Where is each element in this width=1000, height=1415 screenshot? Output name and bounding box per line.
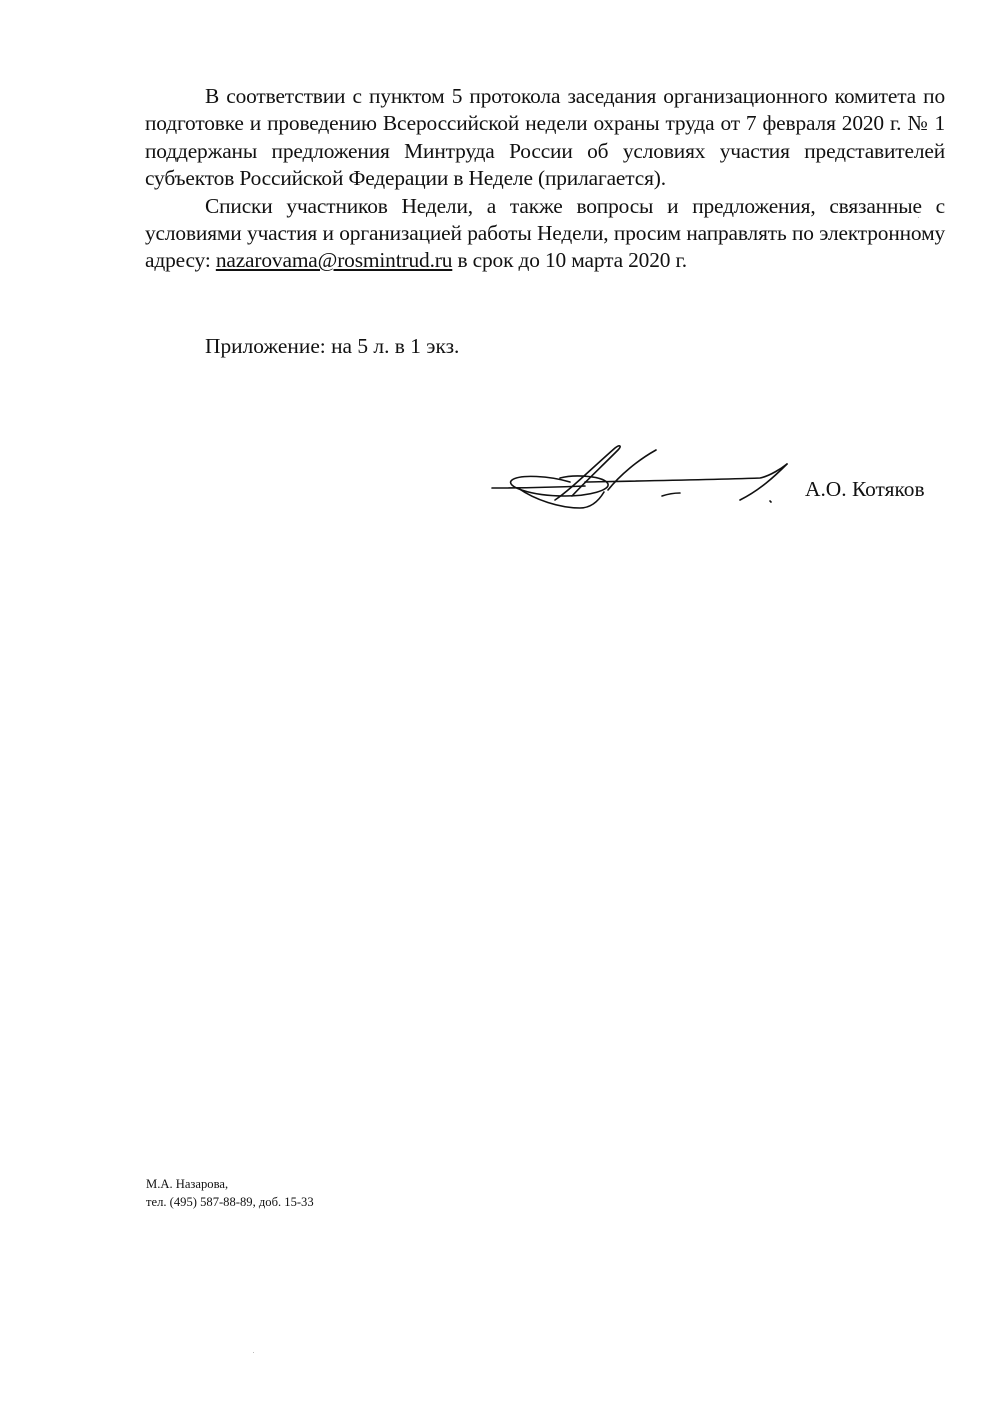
executor-phone: тел. (495) 587-88-89, доб. 15-33 bbox=[146, 1193, 314, 1211]
paragraph-participants: Списки участников Недели, а также вопрос… bbox=[145, 193, 945, 275]
scan-speck bbox=[253, 1352, 254, 1353]
deadline-text: в срок до 10 марта 2020 г. bbox=[452, 248, 687, 272]
signer-name: А.О. Котяков bbox=[805, 476, 925, 503]
attachment-note: Приложение: на 5 л. в 1 экз. bbox=[205, 333, 459, 360]
scan-speck bbox=[918, 217, 919, 218]
executor-name: М.А. Назарова, bbox=[146, 1175, 314, 1193]
email-link[interactable]: nazarovama@rosmintrud.ru bbox=[216, 248, 452, 272]
paragraph-protocol: В соответствии с пунктом 5 протокола зас… bbox=[145, 83, 945, 193]
signature-block: А.О. Котяков bbox=[490, 430, 960, 520]
handwritten-signature-icon bbox=[490, 430, 790, 520]
letter-body: В соответствии с пунктом 5 протокола зас… bbox=[145, 83, 945, 275]
document-page: В соответствии с пунктом 5 протокола зас… bbox=[0, 0, 1000, 1415]
executor-info: М.А. Назарова, тел. (495) 587-88-89, доб… bbox=[146, 1175, 314, 1211]
